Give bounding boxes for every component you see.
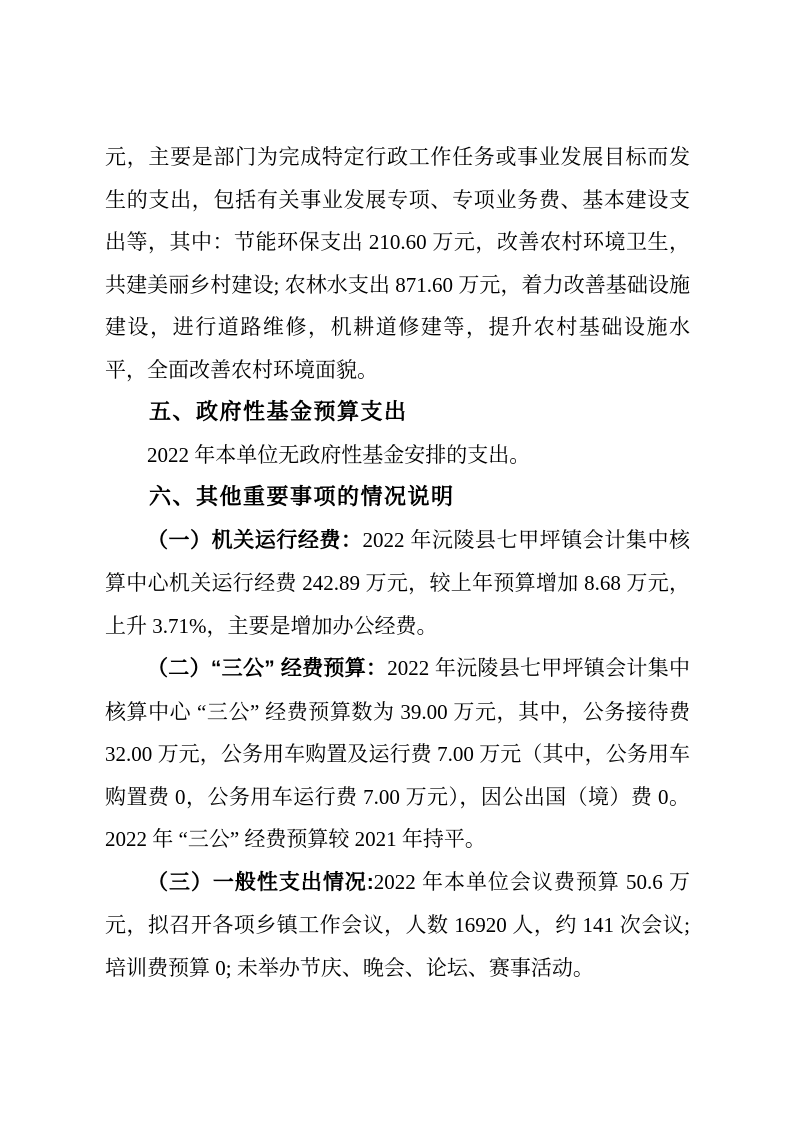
section-heading-5: 五、政府性基金预算支出 [105,391,690,434]
paragraph-lead: （二）“三公” 经费预算： [147,657,387,680]
paragraph-text: 元，主要是部门为完成特定行政工作任务或事业发展目标而发生的支出，包括有关事业发展… [105,145,690,382]
paragraph-continuation: 元，主要是部门为完成特定行政工作任务或事业发展目标而发生的支出，包括有关事业发展… [105,136,690,391]
paragraph-lead: （一）机关运行经费： [147,529,363,552]
paragraph-text: 2022 年本单位无政府性基金安排的支出。 [147,443,530,467]
paragraph-three-public-budget: （二）“三公” 经费预算：2022 年沅陵县七甲坪镇会计集中核算中心 “三公” … [105,647,690,861]
document-page: 元，主要是部门为完成特定行政工作任务或事业发展目标而发生的支出，包括有关事业发展… [0,0,793,1122]
paragraph-general-expenditure: （三）一般性支出情况:2022 年本单位会议费预算 50.6 万元，拟召开各项乡… [105,861,690,990]
section-heading-6: 六、其他重要事项的情况说明 [105,476,690,519]
paragraph-lead: （三）一般性支出情况: [147,871,374,894]
paragraph-gov-fund: 2022 年本单位无政府性基金安排的支出。 [105,434,690,477]
document-content: 元，主要是部门为完成特定行政工作任务或事业发展目标而发生的支出，包括有关事业发展… [105,136,690,989]
paragraph-text: 2022 年沅陵县七甲坪镇会计集中核算中心 “三公” 经费预算数为 39.00 … [105,656,690,851]
paragraph-operating-expenses: （一）机关运行经费：2022 年沅陵县七甲坪镇会计集中核算中心机关运行经费 24… [105,519,690,648]
